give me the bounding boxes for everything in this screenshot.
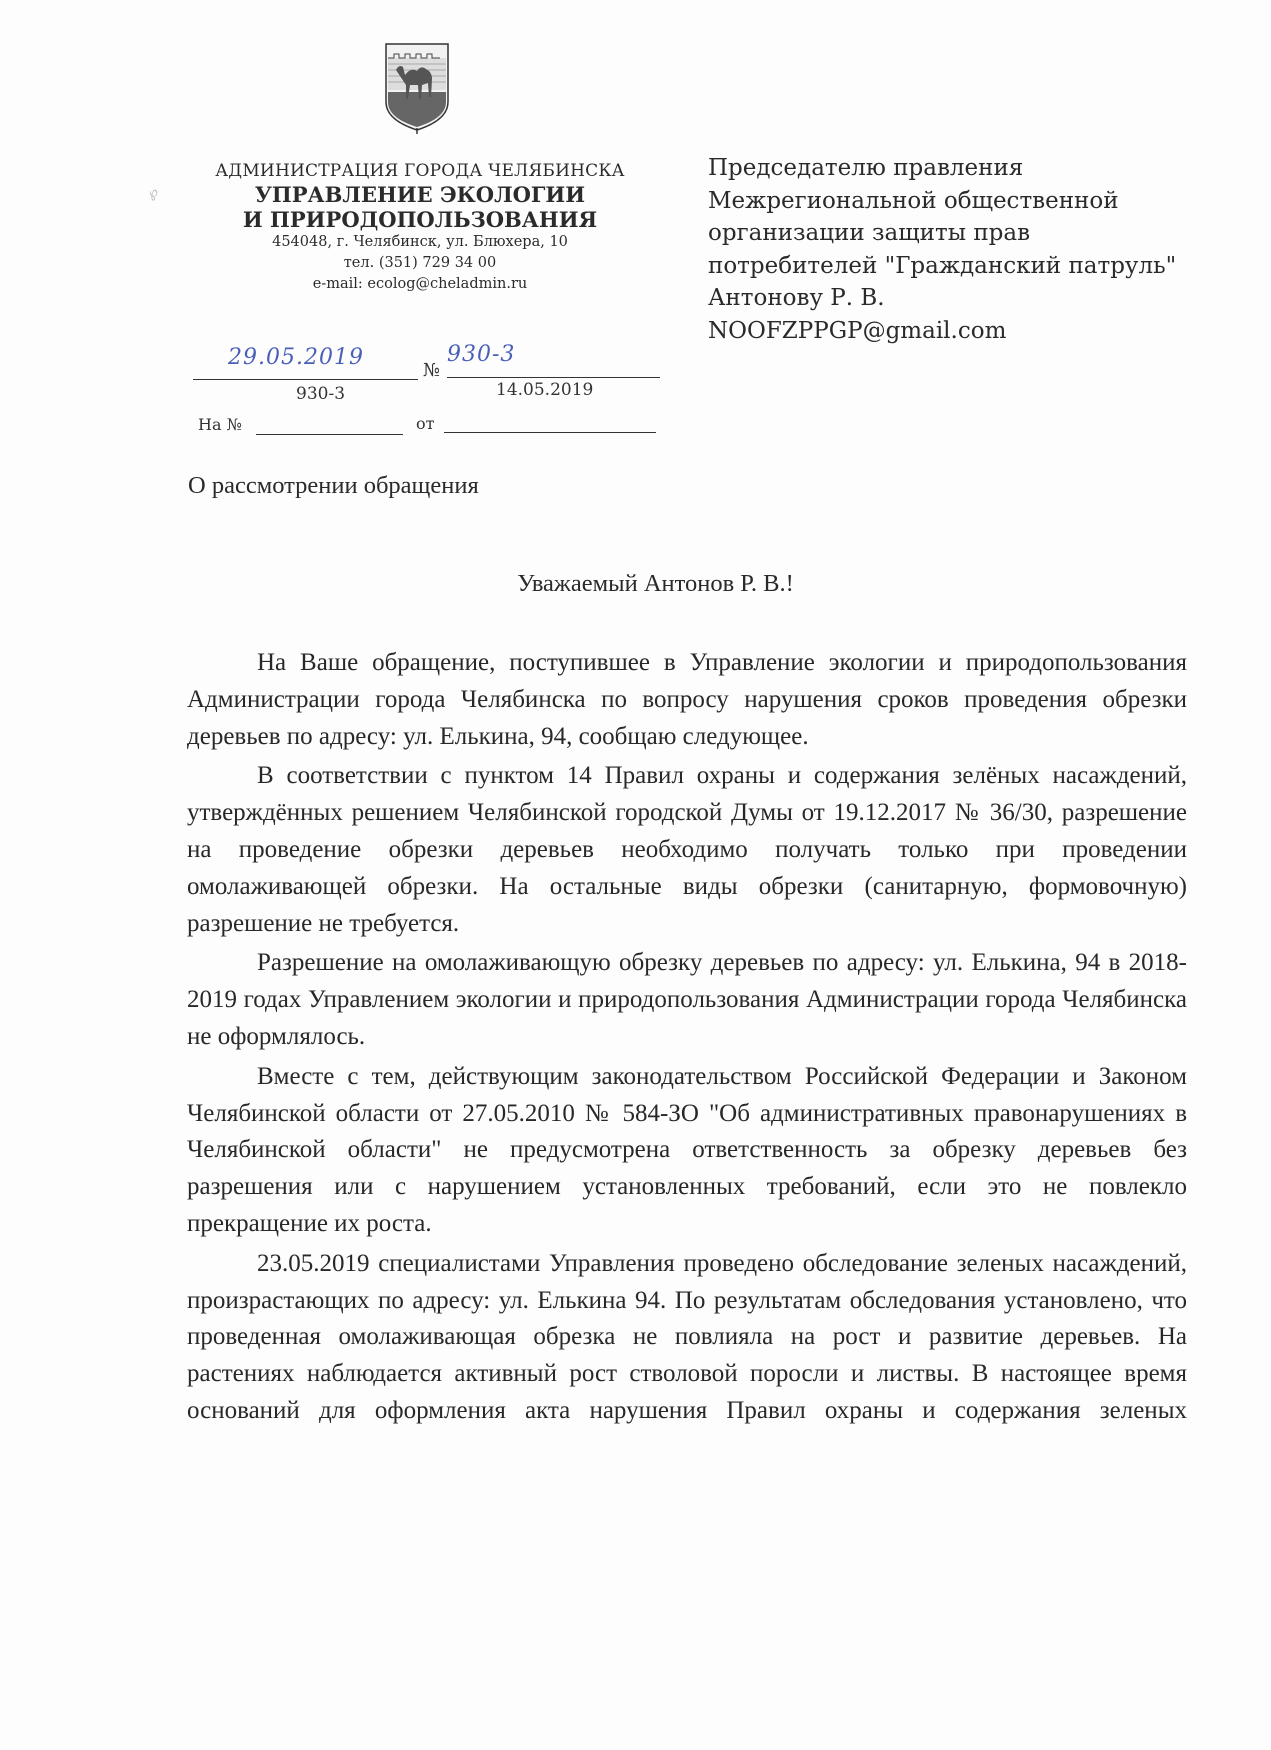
handwritten-date: 29.05.2019: [228, 345, 364, 370]
printed-date: 14.05.2019: [496, 380, 593, 400]
letter-body: На Ваше обращение, поступившее в Управле…: [187, 645, 1187, 1433]
department-phone: тел. (351) 729 34 00: [185, 253, 655, 274]
body-paragraph: На Ваше обращение, поступившее в Управле…: [187, 645, 1187, 755]
body-paragraph: Разрешение на омолаживающую обрезку дере…: [187, 945, 1187, 1055]
letter-subject: О рассмотрении обращения: [188, 472, 479, 500]
body-paragraph: 23.05.2019 специалистами Управления пров…: [187, 1246, 1187, 1430]
recipient-block: Председателю правления Межрегиональной о…: [708, 152, 1176, 347]
date-underline: [193, 379, 418, 380]
recipient-line: Межрегиональной общественной: [708, 185, 1176, 218]
reference-number-label: На №: [198, 415, 242, 434]
number-underline: [447, 377, 660, 378]
department-address: 454048, г. Челябинск, ул. Блюхера, 10: [185, 232, 655, 253]
reference-number-line: [256, 434, 403, 435]
recipient-line: Антонову Р. В.: [708, 282, 1176, 315]
department-email: e-mail: ecolog@cheladmin.ru: [185, 274, 655, 295]
coat-of-arms-icon: [382, 40, 452, 135]
recipient-line: потребителей "Гражданский патруль": [708, 250, 1176, 283]
department-name-line1: УПРАВЛЕНИЕ ЭКОЛОГИИ: [185, 182, 655, 207]
recipient-email: NOOFZPPGP@gmail.com: [708, 315, 1176, 348]
letter-page: ℘ АДМИНИСТРАЦИЯ ГОРОДА ЧЕЛЯБИНСКА УПРАВЛ…: [0, 0, 1271, 1750]
department-name-line2: И ПРИРОДОПОЛЬЗОВАНИЯ: [185, 207, 655, 232]
recipient-line: организации защиты прав: [708, 217, 1176, 250]
from-date-label: от: [416, 414, 434, 433]
administration-name: АДМИНИСТРАЦИЯ ГОРОДА ЧЕЛЯБИНСКА: [185, 160, 655, 182]
body-paragraph: В соответствии с пунктом 14 Правил охран…: [187, 758, 1187, 942]
handwritten-number: 930-3: [447, 342, 515, 367]
letterhead: АДМИНИСТРАЦИЯ ГОРОДА ЧЕЛЯБИНСКА УПРАВЛЕН…: [185, 160, 655, 295]
number-label: №: [423, 360, 440, 381]
salutation: Уважаемый Антонов Р. В.!: [0, 570, 1271, 598]
body-paragraph: Вместе с тем, действующим законодательст…: [187, 1059, 1187, 1243]
from-date-line: [444, 432, 656, 433]
printed-number: 930-3: [296, 384, 345, 404]
stray-pencil-mark: ℘: [145, 184, 161, 203]
recipient-line: Председателю правления: [708, 152, 1176, 185]
